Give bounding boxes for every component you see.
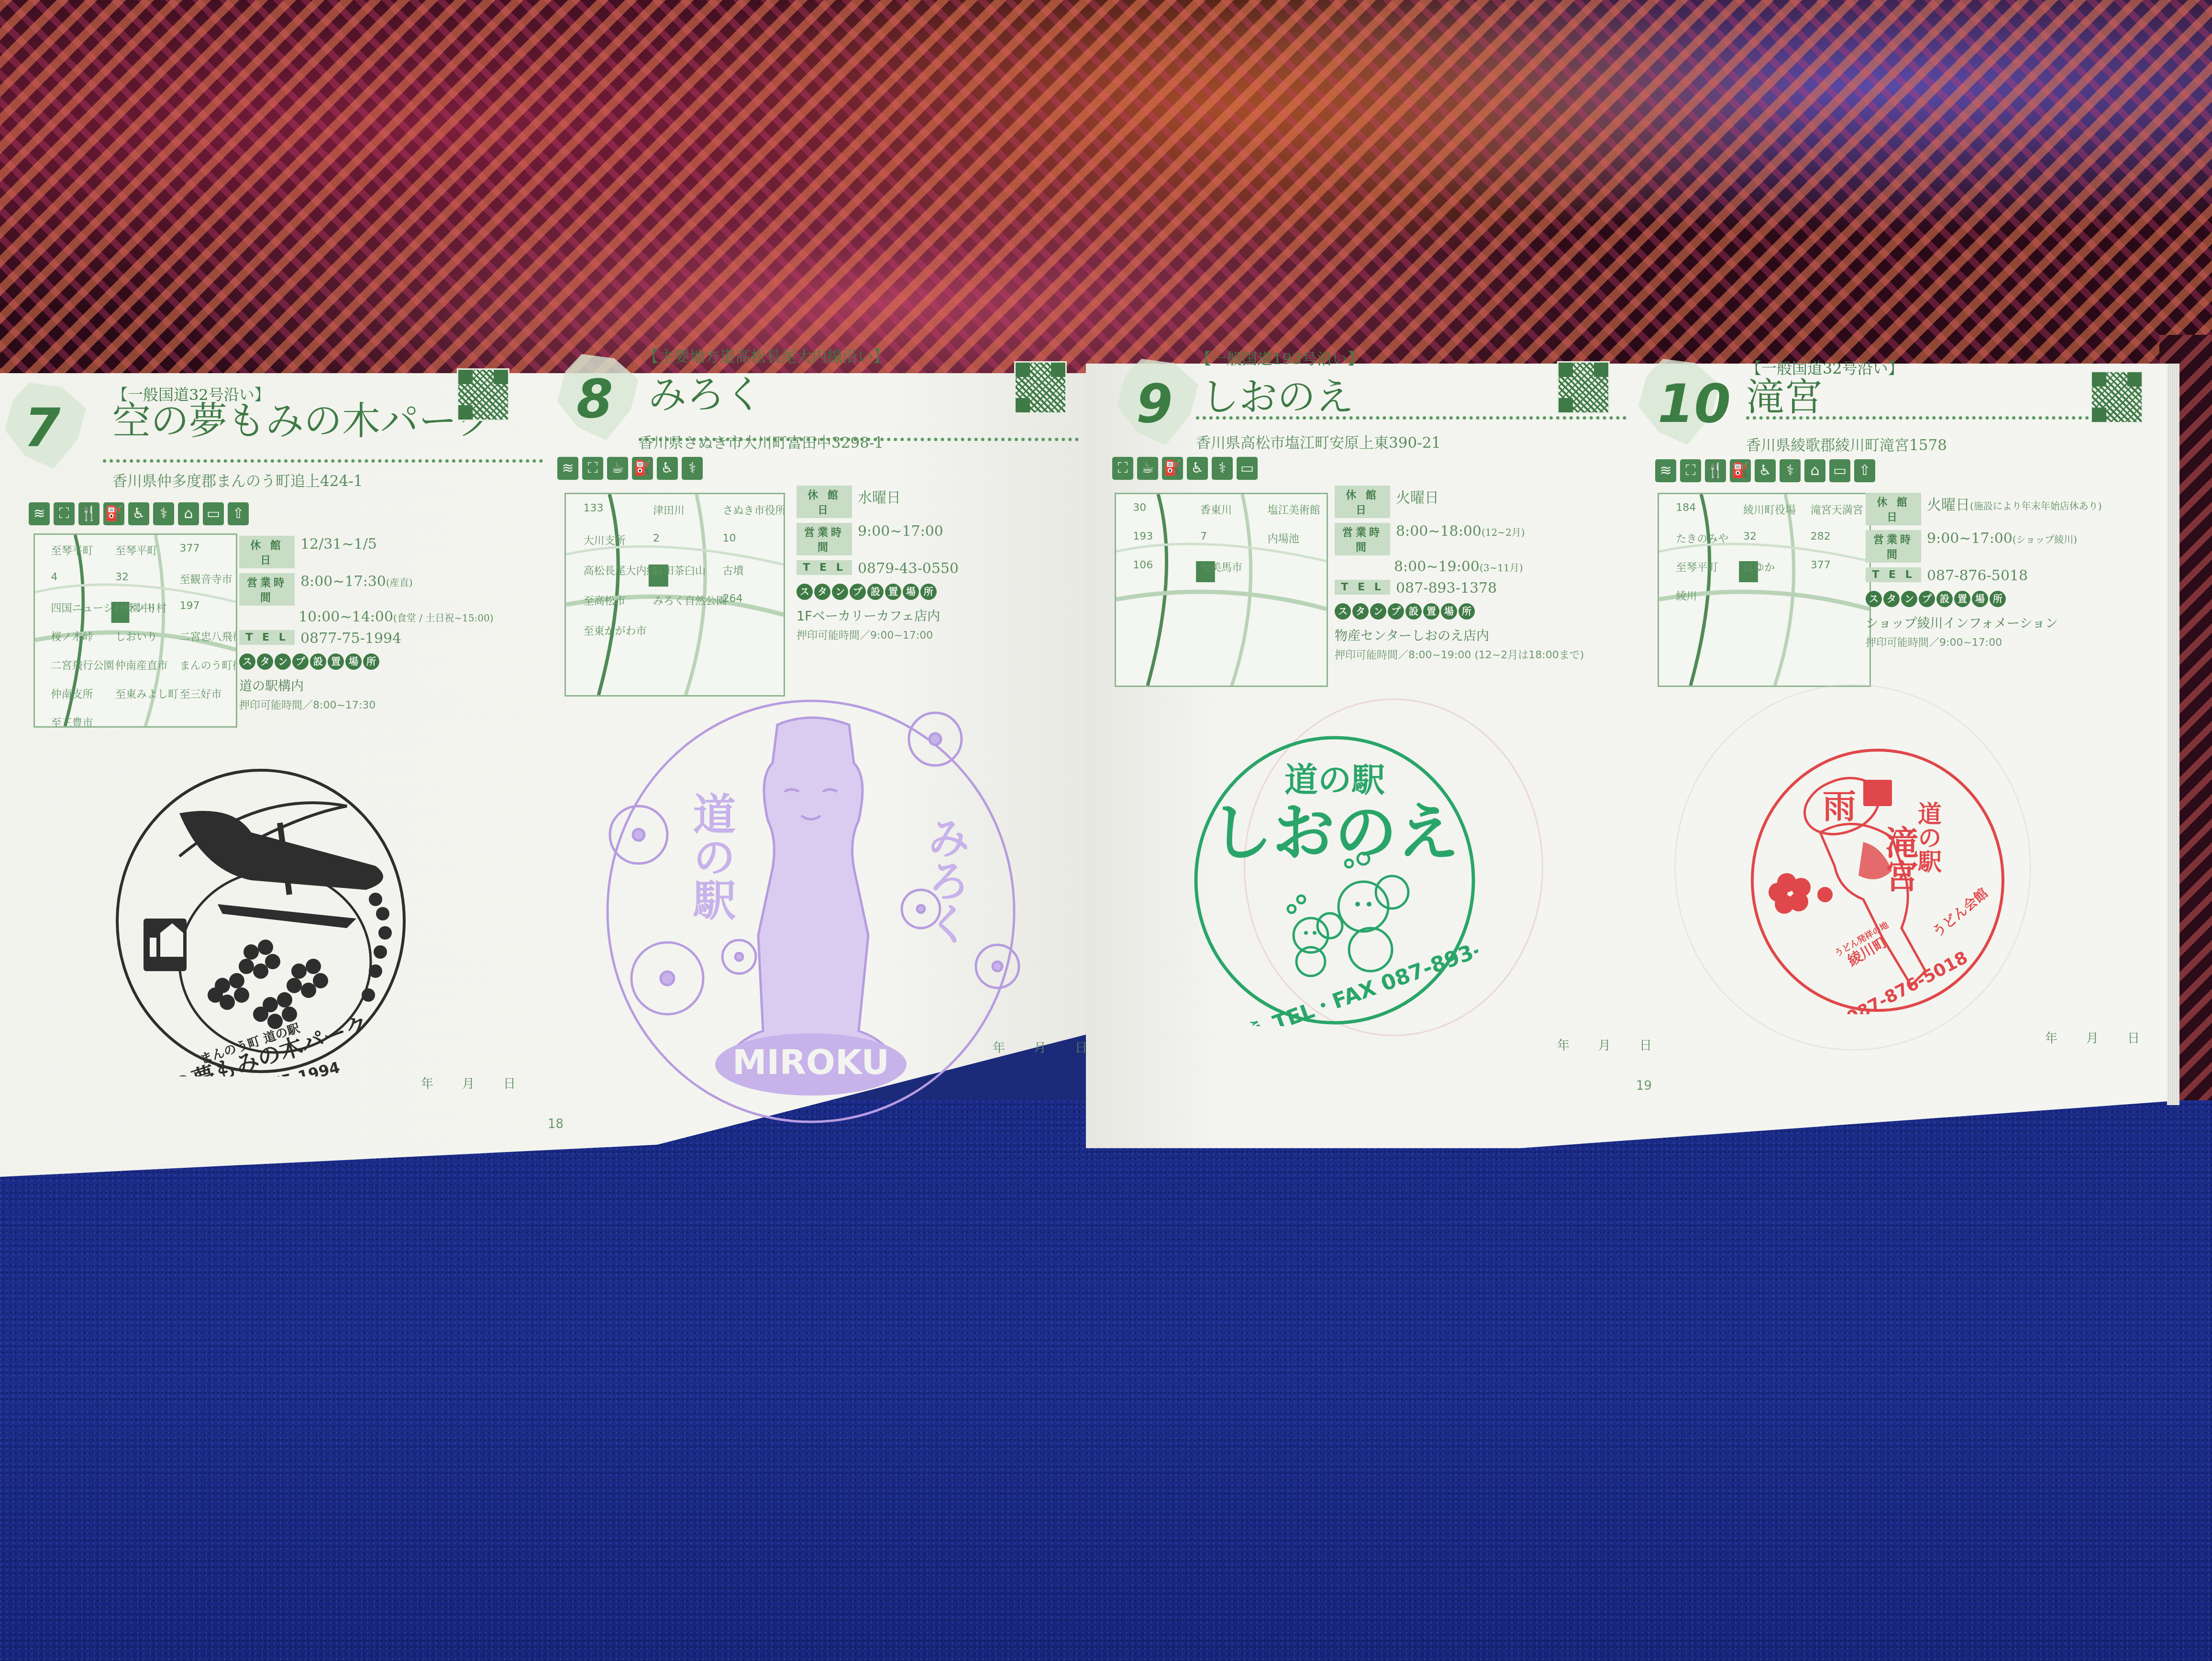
closed-days: 水曜日 <box>858 489 901 506</box>
stamp-10-main-text: 滝宮 <box>1880 825 1919 892</box>
tel-value[interactable]: 0879-43-0550 <box>858 560 959 577</box>
stamp-location-heading-char: 置 <box>328 653 344 670</box>
tel-row: T E L0877-75-1994 <box>239 630 494 647</box>
ev-charger-icon: ⛽ <box>103 502 124 525</box>
blue-carpet-background <box>0 1100 2212 1661</box>
facility-icons: ⛶☕⛽♿⚕▭ <box>1112 457 1258 480</box>
hours-row: 営業時間8:00~17:30(産直) <box>239 573 494 606</box>
tel-row: T E L0879-43-0550 <box>796 560 959 577</box>
map-label: 大川支所 <box>583 532 625 547</box>
stamp-time: 押印可能時間／8:00~17:30 <box>239 697 494 712</box>
map-label: 古墳 <box>723 563 744 577</box>
restaurant-icon: 🍴 <box>1705 459 1726 482</box>
facility-icons: ≋⛶🍴⛽♿⚕⌂▭⇧ <box>1655 459 1875 482</box>
hours-row: 営業時間9:00~17:00(ショップ綾川) <box>1866 530 2102 563</box>
stamp-location-heading-char: ン <box>1901 591 1917 607</box>
accessible-toilet-icon: ♿ <box>1755 459 1776 482</box>
stamp-time: 押印可能時間／9:00~17:00 <box>1866 634 2102 649</box>
tel-label: T E L <box>1866 567 1921 582</box>
hours-label: 営業時間 <box>1335 523 1390 555</box>
hours-time: 8:00~18:00 <box>1396 523 1482 540</box>
map-label: (休園中) <box>115 600 155 615</box>
date-entry-station-7[interactable]: 年 月 日 <box>421 1074 516 1092</box>
rest-area-icon: ⌂ <box>1804 459 1825 482</box>
stamp-10-hall-text: うどん会館 <box>1929 885 1991 940</box>
stamp-location-heading-char: タ <box>814 584 830 600</box>
map-label: しおいり <box>115 629 157 643</box>
shopping-icon: ⛶ <box>1680 459 1701 482</box>
hours-time: 8:00~17:30 <box>300 573 386 590</box>
hours-row: 営業時間8:00~18:00(12~2月) <box>1335 523 1584 555</box>
nursing-room-icon: ⚕ <box>1780 459 1801 482</box>
facility-icons: ≋⛶☕⛽♿⚕ <box>557 457 703 480</box>
stamp-location-heading-char: ス <box>239 653 255 670</box>
stamp-location-heading-char: 設 <box>1936 591 1953 607</box>
map-label: 184 <box>1676 502 1696 514</box>
month-label: 月 <box>1598 1036 1611 1053</box>
stamp-location-heading-char: 場 <box>903 584 919 600</box>
shopping-icon: ⛶ <box>582 457 603 480</box>
closed-value: 火曜日(施設により年末年始店休あり) <box>1927 493 2102 514</box>
station-info: 休 館 日火曜日(施設により年末年始店休あり)営業時間9:00~17:00(ショ… <box>1866 493 2102 649</box>
stamp-place: 物産センターしおのえ店内 <box>1335 625 1584 644</box>
hours-extra: 10:00~14:00(食堂 / 土日祝~15:00) <box>299 609 494 625</box>
station-info: 休 館 日水曜日営業時間9:00~17:00T E L0879-43-0550ス… <box>796 486 959 642</box>
stamp-station-9: 道の駅 しおのえ 道の駅しおのえ TEL・FAX 087-893-1378 <box>1191 734 1478 1026</box>
map-label: みろく自然公園 <box>653 593 727 608</box>
shopping-icon: ⛶ <box>1112 457 1133 480</box>
map-label: 282 <box>1811 531 1831 543</box>
stamp-location-heading-char: タ <box>1883 591 1900 607</box>
stamp-8-left-text: 道の駅 <box>686 792 737 921</box>
month-label: 月 <box>1034 1038 1046 1056</box>
month-label: 月 <box>2086 1029 2099 1046</box>
accommodation-icon: ▭ <box>1237 457 1258 480</box>
closed-value: 火曜日 <box>1396 486 1439 507</box>
station-info: 休 館 日火曜日営業時間8:00~18:00(12~2月)8:00~19:00(… <box>1335 486 1584 662</box>
map-label: 2 <box>653 532 660 544</box>
stamp-location-heading-char: 場 <box>1441 603 1457 620</box>
map-label: 至三好市 <box>179 686 221 701</box>
stamp-location-heading-char: プ <box>1919 591 1935 607</box>
stamp-location-heading-char: プ <box>1388 603 1404 620</box>
tel-label: T E L <box>1335 580 1390 595</box>
hours-label: 営業時間 <box>239 573 295 606</box>
map-label: 377 <box>1811 559 1831 571</box>
stamp-location-heading-char: 所 <box>1459 603 1475 620</box>
nursing-room-icon: ⚕ <box>682 457 703 480</box>
year-label: 年 <box>1557 1036 1570 1053</box>
stamp-location-heading-char: 所 <box>363 653 379 670</box>
nursing-room-icon: ⚕ <box>1212 457 1233 480</box>
stamp-location-heading-char: 設 <box>1405 603 1422 620</box>
stamp-place: 道の駅構内 <box>239 675 494 694</box>
map-label: 桜ノ木峠 <box>51 629 93 643</box>
map-label: 至美馬市 <box>1200 559 1242 574</box>
day-label: 日 <box>2127 1029 2140 1046</box>
stamp-location-heading: スタンプ設置場所 <box>239 653 494 670</box>
map-label: 至琴平町 <box>51 543 93 557</box>
rest-area-icon: ⌂ <box>178 502 199 525</box>
map-label: たきのみや <box>1676 531 1728 545</box>
closed-label: 休 館 日 <box>1866 493 1921 525</box>
map-label: 香東川 <box>1200 502 1232 517</box>
closed-row: 休 館 日火曜日 <box>1335 486 1584 518</box>
map-label: 377 <box>179 543 199 554</box>
stamp-location-heading-char: ン <box>275 653 291 670</box>
stamp-location-heading-char: 場 <box>1972 591 1988 607</box>
station-name: しおのえ <box>1201 366 1354 421</box>
tel-value[interactable]: 087-893-1378 <box>1396 580 1497 597</box>
stamp-location-heading-char: 所 <box>1990 591 2006 607</box>
restaurant-icon: 🍴 <box>78 502 100 525</box>
day-label: 日 <box>1075 1038 1087 1056</box>
closed-days: 火曜日 <box>1396 489 1439 506</box>
info-icon: ⇧ <box>228 502 249 525</box>
tel-value[interactable]: 087-876-5018 <box>1927 567 2028 584</box>
accommodation-icon: ▭ <box>1829 459 1850 482</box>
map-label: 至三豊市 <box>51 715 93 728</box>
map-label: 至東みよし町 <box>115 686 178 701</box>
stamp-location-heading-char: 場 <box>345 653 362 670</box>
stamp-station-8: MIROKU 道の駅 みろく <box>600 696 1021 1127</box>
map-label: 内場池 <box>1268 531 1299 545</box>
map-label: 至観音寺市 <box>179 571 232 586</box>
map-label: 193 <box>1133 531 1153 543</box>
tel-row: T E L087-876-5018 <box>1866 567 2102 584</box>
map-label: 高松長尾大内線 <box>583 563 657 577</box>
qr-code[interactable] <box>457 368 509 421</box>
closed-label: 休 館 日 <box>1335 486 1390 518</box>
date-entry-station-9[interactable]: 年 月 日 <box>1557 1036 1652 1053</box>
stamp-8-banner-text: MIROKU <box>732 1042 889 1082</box>
stamp-location-heading-char: 設 <box>867 584 884 600</box>
map-label: 197 <box>179 600 199 612</box>
dotted-divider <box>103 459 543 463</box>
stamp-9-top-text: 道の駅 <box>1284 761 1385 800</box>
hours-note: (産直) <box>386 577 413 588</box>
map-label: 仲南産直市 <box>115 657 168 672</box>
stamp-time: 押印可能時間／8:00~19:00 (12~2月は18:00まで) <box>1335 647 1584 662</box>
stamp-10-hat-text: 雨 <box>1823 787 1856 826</box>
facility-icons: ≋⛶🍴⛽♿⚕⌂▭⇧ <box>29 502 249 525</box>
map-label: 7 <box>1200 531 1207 543</box>
hours-time: 8:00~19:00 <box>1394 558 1480 575</box>
nursing-room-icon: ⚕ <box>153 502 174 525</box>
qr-code[interactable] <box>1014 361 1067 414</box>
stamp-10-tel-text: TEL 087-876-5018 <box>1808 948 1971 1014</box>
station-address: 香川県仲多度郡まんのう町追上424-1 <box>112 469 363 490</box>
station-address: 香川県綾歌郡綾川町滝宮1578 <box>1746 433 1947 454</box>
station-number: 7 <box>24 397 61 458</box>
hours-note: (12~2月) <box>1482 527 1525 538</box>
hours-extra: 8:00~19:00(3~11月) <box>1394 558 1584 575</box>
ev-charger-icon: ⛽ <box>1162 457 1183 480</box>
stamp-location-heading-char: タ <box>257 653 273 670</box>
hours-value: 9:00~17:00 <box>858 523 943 540</box>
map-label: 二宮忠八飛行館 <box>179 629 237 643</box>
station-address: 香川県高松市塩江町安原上東390-21 <box>1196 431 1441 452</box>
map-label: 32 <box>1743 531 1757 543</box>
tel-label: T E L <box>239 630 295 645</box>
dotted-divider <box>1196 416 1626 420</box>
hours-value: 9:00~17:00(ショップ綾川) <box>1927 530 2077 547</box>
hours-time: 9:00~17:00 <box>1927 530 2013 547</box>
qr-code[interactable] <box>2090 371 2143 423</box>
map-label: まんのう町役場 <box>179 657 237 672</box>
month-label: 月 <box>462 1074 475 1092</box>
stamp-9-main-text: しおのえ <box>1210 796 1459 869</box>
map-label: 二宮飛行公園 <box>51 657 114 672</box>
stamp-location-heading-char: タ <box>1352 603 1369 620</box>
cafe-icon: ☕ <box>607 457 628 480</box>
stamp-location-heading-char: ン <box>832 584 848 600</box>
date-entry-station-10[interactable]: 年 月 日 <box>2045 1029 2140 1046</box>
stamp-station-7: まんのう町 道の駅 空の夢もみの木パーク TEL 0877-75-1994 <box>108 761 414 1076</box>
map-label: 4 <box>51 571 58 583</box>
station-number: 10 <box>1658 373 1731 434</box>
hours-label: 営業時間 <box>796 523 852 555</box>
stamp-location-heading: スタンプ設置場所 <box>1335 603 1584 620</box>
stamp-location-heading-char: 設 <box>310 653 326 670</box>
closed-row: 休 館 日水曜日 <box>796 486 959 518</box>
station-name: 滝宮 <box>1746 366 1823 421</box>
stamp-8-right-text: みろく <box>920 816 970 945</box>
map-label: 264 <box>723 593 743 605</box>
map-label: 32 <box>115 571 129 583</box>
stamp-location-heading-char: ス <box>1866 591 1882 607</box>
hours-note: (ショップ綾川) <box>2013 534 2077 545</box>
access-map: 184綾川町役場滝宮天満宮たきのみや32282至琴平町はゆか377綾川 <box>1658 493 1871 687</box>
tel-row: T E L087-893-1378 <box>1335 580 1584 597</box>
map-label: 富田茶臼山 <box>653 563 706 577</box>
map-label: 津田川 <box>653 502 685 517</box>
wifi-icon: ≋ <box>29 502 50 525</box>
stamp-location-heading-char: 置 <box>1423 603 1439 620</box>
accessible-toilet-icon: ♿ <box>128 502 149 525</box>
map-label: 仲南支所 <box>51 686 93 701</box>
stamp-location-heading-char: プ <box>850 584 866 600</box>
map-label: 綾川町役場 <box>1743 502 1796 517</box>
wifi-icon: ≋ <box>557 457 578 480</box>
map-label: 133 <box>583 502 603 514</box>
stamp-location-heading-char: 置 <box>1954 591 1970 607</box>
closed-note: (施設により年末年始店休あり) <box>1970 500 2102 512</box>
tel-value[interactable]: 0877-75-1994 <box>300 630 401 647</box>
map-label: 106 <box>1133 559 1153 571</box>
closed-label: 休 館 日 <box>239 536 295 568</box>
map-label: 綾川 <box>1676 588 1697 603</box>
hours-note: (食堂 / 土日祝~15:00) <box>393 612 493 624</box>
year-label: 年 <box>421 1074 433 1092</box>
stamp-place: 1Fベーカリーカフェ店内 <box>796 606 959 624</box>
closed-row: 休 館 日火曜日(施設により年末年始店休あり) <box>1866 493 2102 525</box>
closed-label: 休 館 日 <box>796 486 852 518</box>
stamp-location-heading: スタンプ設置場所 <box>796 584 959 600</box>
stamp-location-heading-char: 所 <box>920 584 937 600</box>
accessible-toilet-icon: ♿ <box>657 457 678 480</box>
stamp-location-heading: スタンプ設置場所 <box>1866 591 2102 607</box>
access-map: 至琴平町至琴平町377432至観音寺市四国ニュージーランド村(休園中)197桜ノ… <box>33 533 237 728</box>
access-map: 30香東川塩江美術館1937内場池106至美馬市 <box>1115 493 1328 687</box>
stamp-place: ショップ綾川インフォメーション <box>1866 613 2102 631</box>
closed-days: 火曜日 <box>1927 497 1970 513</box>
map-label: はゆか <box>1743 559 1775 574</box>
closed-row: 休 館 日12/31~1/5 <box>239 536 494 568</box>
cafe-icon: ☕ <box>1137 457 1158 480</box>
hours-value: 8:00~18:00(12~2月) <box>1396 523 1525 540</box>
dotted-divider <box>1746 416 2129 420</box>
map-label: 滝宮天満宮 <box>1811 502 1863 517</box>
closed-days: 12/31~1/5 <box>300 536 377 553</box>
hours-time: 9:00~17:00 <box>858 523 943 540</box>
map-label: 10 <box>723 532 736 544</box>
stamp-location-heading-char: ン <box>1370 603 1386 620</box>
info-icon: ⇧ <box>1854 459 1875 482</box>
station-info: 休 館 日12/31~1/5営業時間8:00~17:30(産直)10:00~14… <box>239 536 494 712</box>
day-label: 日 <box>503 1074 516 1092</box>
ev-charger-icon: ⛽ <box>632 457 653 480</box>
map-label: 至東かがわ市 <box>583 623 646 638</box>
qr-code[interactable] <box>1557 361 1610 414</box>
accommodation-icon: ▭ <box>203 502 224 525</box>
map-label: 至琴平町 <box>115 543 157 557</box>
access-map: 133津田川さぬき市役所大川支所210高松長尾大内線富田茶臼山古墳至高松市みろく… <box>564 493 785 697</box>
stamp-time: 押印可能時間／9:00~17:00 <box>796 627 959 642</box>
station-name: 空の夢もみの木パーク <box>112 390 495 445</box>
page-number-left: 18 <box>548 1117 564 1131</box>
ev-charger-icon: ⛽ <box>1730 459 1751 482</box>
stamp-location-heading-char: 置 <box>885 584 901 600</box>
tel-label: T E L <box>796 560 852 575</box>
map-label: 塩江美術館 <box>1268 502 1320 517</box>
stamp-location-heading-char: ス <box>796 584 813 600</box>
hours-value: 8:00~17:30(産直) <box>300 573 413 590</box>
day-label: 日 <box>1639 1036 1652 1053</box>
accessible-toilet-icon: ♿ <box>1187 457 1208 480</box>
wifi-icon: ≋ <box>1655 459 1676 482</box>
station-name: みろく <box>648 364 763 419</box>
map-label: 至高松市 <box>583 593 625 608</box>
year-label: 年 <box>2045 1029 2057 1046</box>
booklet-page-edges <box>2167 364 2179 1105</box>
map-label: 30 <box>1133 502 1146 514</box>
map-label: さぬき市役所 <box>723 502 785 517</box>
station-number: 8 <box>576 368 613 430</box>
station-address: 香川県さぬき市大川町富田中3298-1 <box>639 431 884 452</box>
stamp-location-heading-char: プ <box>292 653 309 670</box>
stamp-9-bottom-text: 道の駅しおのえ TEL・FAX 087-893-1378 <box>1191 917 1478 1026</box>
hours-row: 営業時間9:00~17:00 <box>796 523 959 555</box>
stamp-station-10: 雨 道の駅 滝宮 うどん発祥の地 綾川町 うどん会館 TEL 087-876-5… <box>1748 746 2007 1014</box>
closed-value: 水曜日 <box>858 486 901 507</box>
map-label: 至琴平町 <box>1676 559 1718 574</box>
closed-value: 12/31~1/5 <box>300 536 377 553</box>
station-number: 9 <box>1136 373 1173 434</box>
page-number-right: 19 <box>1636 1079 1652 1093</box>
stamp-location-heading-char: ス <box>1335 603 1351 620</box>
shopping-icon: ⛶ <box>54 502 75 525</box>
hours-note: (3~11月) <box>1480 562 1523 574</box>
hours-time: 10:00~14:00 <box>299 609 393 625</box>
hours-label: 営業時間 <box>1866 530 1921 563</box>
